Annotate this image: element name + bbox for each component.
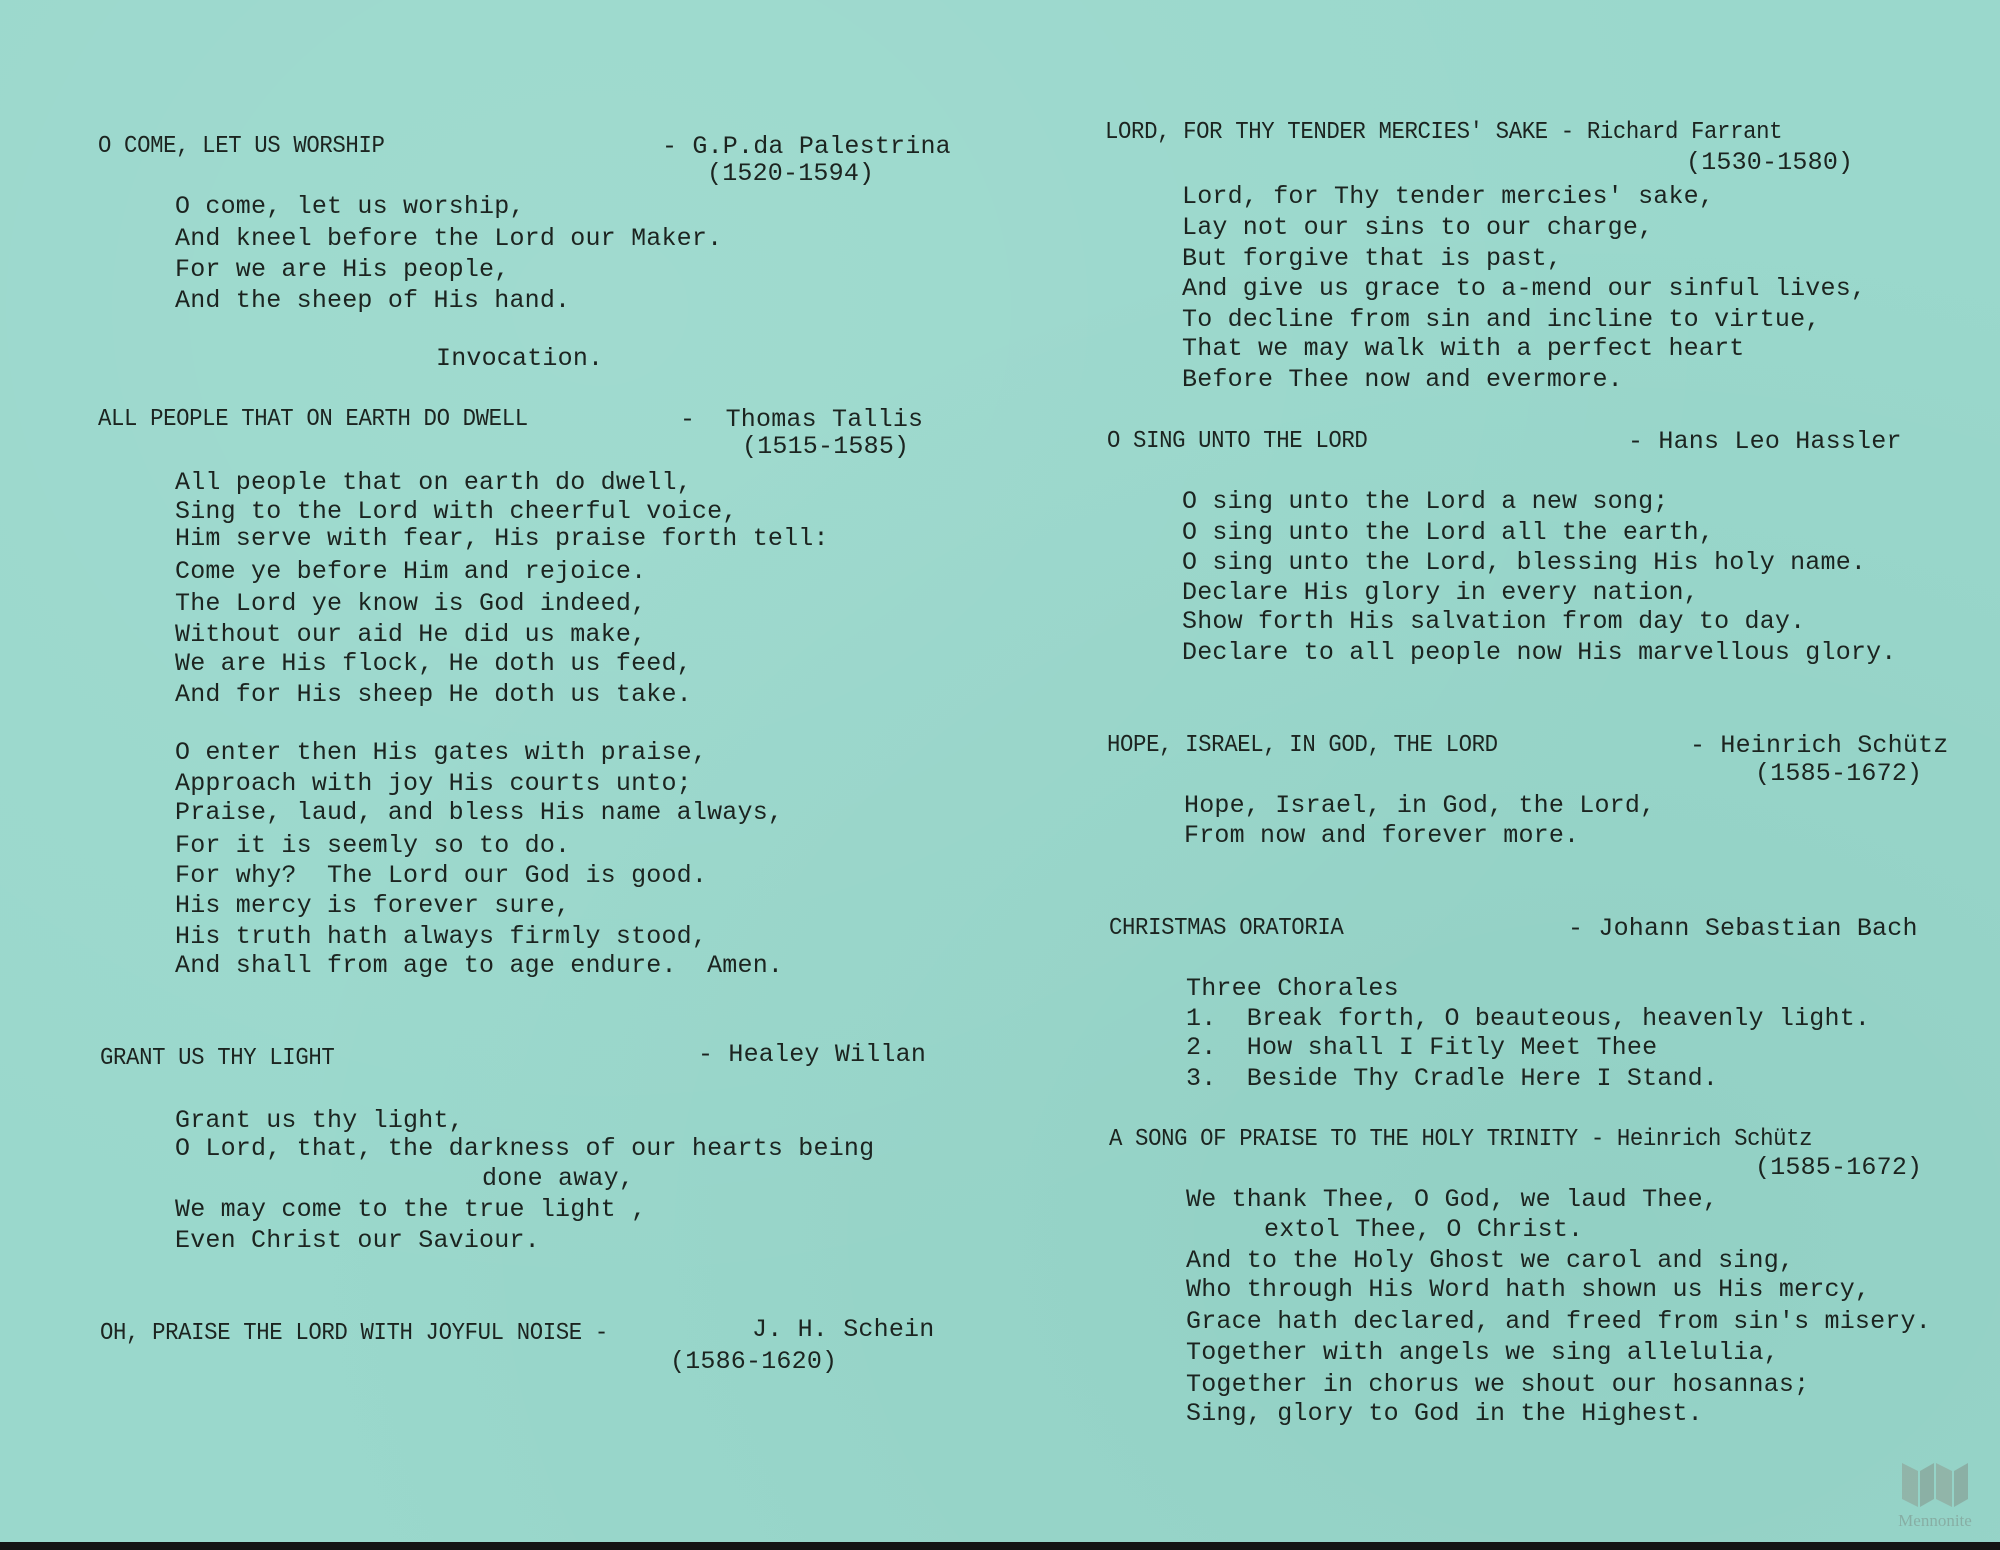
lyric-line: Sing to the Lord with cheerful voice, [175,497,738,527]
piece-dates: (1585-1672) [1755,1153,1922,1183]
lyric-line: O enter then His gates with praise, [175,738,707,768]
lyric-line: O Lord, that, the darkness of our hearts… [175,1134,874,1164]
piece-composer: - Johann Sebastian Bach [1568,914,1918,944]
lyric-line: extol Thee, O Christ. [1264,1215,1583,1245]
piece-title: GRANT US THY LIGHT [100,1044,334,1074]
piece-title: HOPE, ISRAEL, IN GOD, THE LORD [1107,731,1498,761]
lyric-line: From now and forever more. [1184,821,1579,851]
piece-title: A SONG OF PRAISE TO THE HOLY TRINITY - H… [1109,1125,1812,1155]
lyric-line: That we may walk with a perfect heart [1182,334,1745,364]
lyric-line: And for His sheep He doth us take. [175,680,692,710]
watermark: Mennonite [1880,1455,1990,1540]
piece-title: LORD, FOR THY TENDER MERCIES' SAKE - Ric… [1105,118,1782,148]
lyric-line: For we are His people, [175,255,509,285]
lyric-line: And give us grace to a-mend our sinful l… [1182,274,1866,304]
lyric-line: And shall from age to age endure. Amen. [175,951,783,981]
lyric-line: Declare His glory in every nation, [1182,578,1699,608]
lyric-line: The Lord ye know is God indeed, [175,589,646,619]
piece-title: CHRISTMAS ORATORIA [1109,914,1343,944]
lyric-line: We may come to the true light , [175,1195,646,1225]
list-item: 1. Break forth, O beauteous, heavenly li… [1186,1004,1870,1034]
lyric-line: We thank Thee, O God, we laud Thee, [1186,1185,1718,1215]
lyric-line: Him serve with fear, His praise forth te… [175,524,829,554]
piece-title: O COME, LET US WORSHIP [98,132,384,162]
lyric-line: O sing unto the Lord a new song; [1182,487,1668,517]
lyric-line: Sing, glory to God in the Highest. [1186,1399,1703,1429]
lyric-line: His mercy is forever sure, [175,891,570,921]
lyric-line: But forgive that is past, [1182,244,1562,274]
lyric-line: And kneel before the Lord our Maker. [175,224,722,254]
piece-dates: (1530-1580) [1686,148,1853,178]
piece-composer: - Thomas Tallis [680,405,923,435]
piece-composer: J. H. Schein [752,1315,934,1345]
lyric-line: To decline from sin and incline to virtu… [1182,305,1821,335]
piece-composer: - Healey Willan [698,1040,926,1070]
lyric-line: And the sheep of His hand. [175,286,570,316]
piece-composer: - Hans Leo Hassler [1628,427,1902,457]
piece-composer: - G.P.da Palestrina [662,132,951,162]
section-subtitle: Three Chorales [1186,974,1399,1004]
lyric-line: Before Thee now and evermore. [1182,365,1623,395]
lyric-line: Together with angels we sing allelulia, [1186,1338,1779,1368]
piece-title: ALL PEOPLE THAT ON EARTH DO DWELL [98,405,528,435]
lyric-line: Lord, for Thy tender mercies' sake, [1182,182,1714,212]
piece-dates: (1585-1672) [1755,759,1922,789]
lyric-line: done away, [482,1164,634,1194]
lyric-line: We are His flock, He doth us feed, [175,649,692,679]
lyric-line: And to the Holy Ghost we carol and sing, [1186,1246,1794,1276]
lyric-line: For it is seemly so to do. [175,831,570,861]
list-item: 3. Beside Thy Cradle Here I Stand. [1186,1064,1718,1094]
lyric-line: Show forth His salvation from day to day… [1182,607,1805,637]
list-item: 2. How shall I Fitly Meet Thee [1186,1033,1657,1063]
lyric-line: Together in chorus we shout our hosannas… [1186,1370,1809,1400]
lyric-line: For why? The Lord our God is good. [175,861,707,891]
piece-title: OH, PRAISE THE LORD WITH JOYFUL NOISE - [100,1319,608,1349]
watermark-text: Mennonite [1880,1511,1990,1531]
lyric-line: Who through His Word hath shown us His m… [1186,1275,1870,1305]
lyric-line: His truth hath always firmly stood, [175,922,707,952]
piece-dates: (1520-1594) [707,159,874,189]
lyric-line: Without our aid He did us make, [175,620,646,650]
mennonite-logo-icon [1880,1455,1990,1515]
lyric-line: Lay not our sins to our charge, [1182,213,1653,243]
lyric-line: Hope, Israel, in God, the Lord, [1184,791,1655,821]
lyric-line: O come, let us worship, [175,192,525,222]
lyric-line: O sing unto the Lord all the earth, [1182,518,1714,548]
invocation-label: Invocation. [436,344,603,374]
lyric-line: All people that on earth do dwell, [175,468,692,498]
lyric-line: O sing unto the Lord, blessing His holy … [1182,548,1866,578]
piece-dates: (1515-1585) [742,432,909,462]
scan-edge [0,1542,2000,1550]
lyric-line: Grace hath declared, and freed from sin'… [1186,1307,1931,1337]
piece-composer: - Heinrich Schütz [1690,731,1948,761]
lyric-line: Grant us thy light, [175,1106,464,1136]
lyric-line: Declare to all people now His marvellous… [1182,638,1897,668]
lyric-line: Praise, laud, and bless His name always, [175,798,783,828]
piece-title: O SING UNTO THE LORD [1107,427,1367,457]
piece-dates: (1586-1620) [670,1347,837,1377]
lyric-line: Come ye before Him and rejoice. [175,557,646,587]
lyric-line: Even Christ our Saviour. [175,1226,540,1256]
lyric-line: Approach with joy His courts unto; [175,769,692,799]
